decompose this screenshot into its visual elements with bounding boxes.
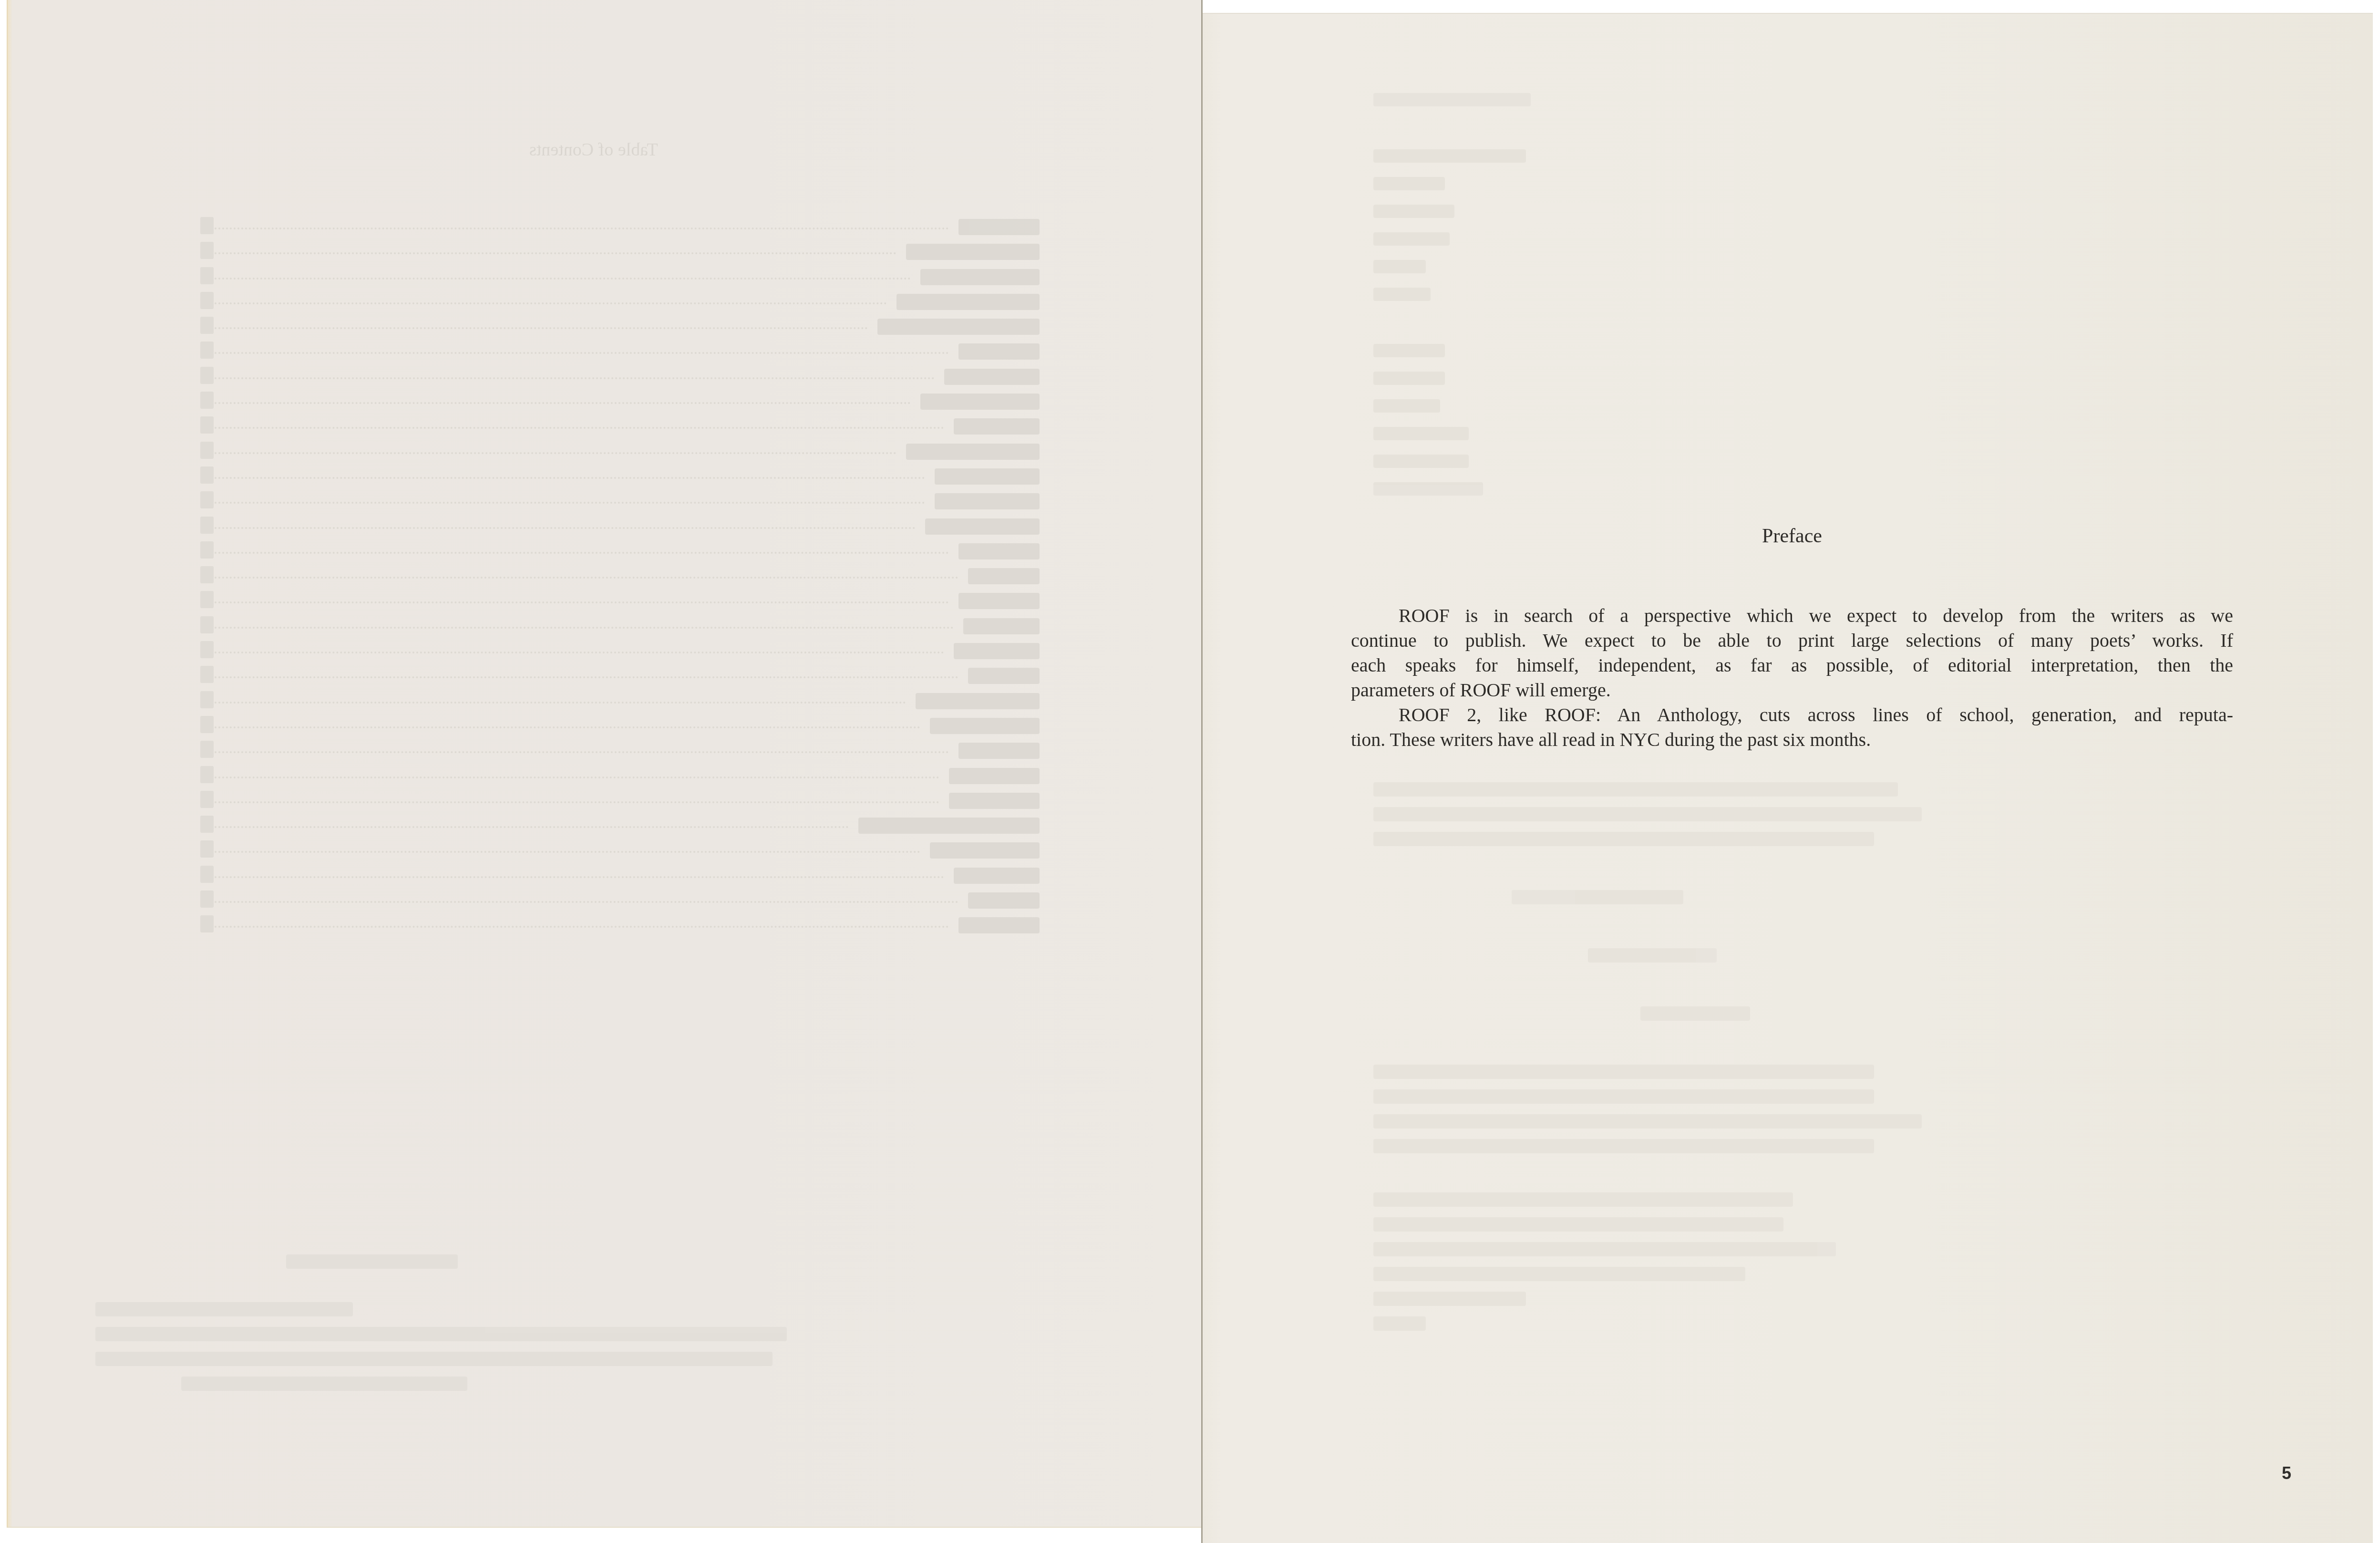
bleed-toc-row — [200, 267, 1040, 292]
preface-body: ROOF is in search of a perspective which… — [1351, 603, 2233, 752]
bleed-toc-leader-dots — [215, 502, 925, 504]
bleed-toc-row — [200, 217, 1040, 242]
bleed-toc-page-number — [200, 541, 214, 559]
bleed-toc-entry-name — [963, 618, 1040, 634]
bleed-toc-entry-name — [958, 343, 1040, 360]
bleed-toc-leader-dots — [215, 627, 954, 629]
bleed-toc-entry-name — [958, 593, 1040, 609]
bleed-toc-row — [200, 891, 1040, 915]
bleed-toc-row — [200, 416, 1040, 441]
bleed-toc-row — [200, 666, 1040, 691]
bleed-toc-leader-dots — [215, 826, 849, 828]
bleed-toc-leader-dots — [215, 452, 896, 454]
preface-paragraph-2: ROOF 2, like ROOF: An Anthology, cuts ac… — [1351, 703, 2233, 752]
bleed-line — [95, 1352, 773, 1366]
bleed-toc-page-number — [200, 641, 214, 658]
bleed-toc-row — [200, 517, 1040, 541]
bleed-toc-row — [200, 342, 1040, 366]
bleed-toc-leader-dots — [215, 676, 958, 678]
bleed-toc-leader-dots — [215, 228, 949, 229]
bleed-toc-entry-name — [935, 493, 1040, 509]
bleed-toc-entry-name — [954, 418, 1040, 435]
bleed-toc-row — [200, 242, 1040, 267]
bleed-toc-page-number — [200, 367, 214, 384]
bleed-toc-page-number — [200, 766, 214, 783]
bleed-toc-page-number — [200, 466, 214, 484]
bleed-toc-entry-name — [958, 219, 1040, 235]
text-line: continue to publish. We expect to be abl… — [1351, 628, 2233, 653]
bleed-toc-leader-dots — [215, 751, 949, 753]
bleed-toc-row — [200, 616, 1040, 641]
bleed-toc-entry-name — [906, 444, 1040, 460]
bleed-toc-page-number — [200, 342, 214, 359]
bleed-toc-row — [200, 741, 1040, 766]
bleed-toc-entry-name — [920, 394, 1040, 410]
bleed-toc-leader-dots — [215, 327, 868, 329]
bleed-toc-leader-dots — [215, 652, 944, 653]
bleed-toc-leader-dots — [215, 352, 949, 354]
bleed-toc-page-number — [200, 840, 214, 858]
bleed-toc-entry-name — [930, 842, 1040, 859]
bleed-toc-page-number — [200, 292, 214, 309]
text-line: each speaks for himself, independent, as… — [1351, 653, 2233, 678]
bleed-toc-leader-dots — [215, 801, 939, 803]
bleed-toc-leader-dots — [215, 552, 949, 554]
bleed-toc-row — [200, 866, 1040, 891]
text-line: parameters of ROOF will emerge. — [1351, 678, 2233, 703]
bleed-toc-entry-name — [858, 818, 1040, 834]
bleed-toc-row — [200, 816, 1040, 840]
bleed-toc-leader-dots — [215, 427, 944, 429]
bleed-toc-row — [200, 691, 1040, 716]
bleed-line — [181, 1377, 467, 1391]
bleed-toc-page-number — [200, 317, 214, 334]
bleed-toc-entry-name — [968, 892, 1040, 909]
bleed-toc-leader-dots — [215, 777, 939, 778]
bleed-toc-row — [200, 466, 1040, 491]
bleed-toc-leader-dots — [215, 527, 916, 529]
bleed-toc-entry-name — [906, 244, 1040, 260]
bleed-toc-row — [200, 716, 1040, 741]
bleed-toc-page-number — [200, 491, 214, 508]
bleed-toc-row — [200, 915, 1040, 940]
bleed-toc-leader-dots — [215, 726, 920, 728]
bleed-toc-page-number — [200, 267, 214, 284]
bleed-toc-page-number — [200, 891, 214, 908]
bleed-toc-page-number — [200, 791, 214, 808]
page-number: 5 — [2282, 1463, 2291, 1483]
bleed-toc-entry-name — [930, 718, 1040, 734]
bleed-toc-page-number — [200, 517, 214, 534]
bleed-toc-row — [200, 317, 1040, 342]
bleed-toc-row — [200, 392, 1040, 416]
bleed-toc-page-number — [200, 691, 214, 708]
bleed-toc-leader-dots — [215, 477, 925, 479]
bleed-toc-leader-dots — [215, 402, 911, 404]
bleed-toc-entry-name — [935, 468, 1040, 485]
bleed-toc-entry-name — [954, 868, 1040, 884]
bleed-toc-entry-name — [958, 917, 1040, 933]
bleed-toc-entry-name — [925, 518, 1040, 535]
bleed-toc-page-number — [200, 741, 214, 758]
bleed-toc-entry-name — [958, 543, 1040, 559]
preface-paragraph-1: ROOF is in search of a perspective which… — [1351, 603, 2233, 703]
bleed-toc-page-number — [200, 666, 214, 683]
bleed-toc-page-number — [200, 616, 214, 633]
bleed-toc-entry-name — [944, 369, 1040, 385]
bleed-toc-row — [200, 566, 1040, 591]
bleed-toc-leader-dots — [215, 278, 911, 280]
bleed-line — [95, 1302, 353, 1316]
bleed-toc-row — [200, 491, 1040, 516]
bleed-through-toc-list — [200, 217, 1040, 941]
bleed-line — [286, 1254, 458, 1269]
bleed-toc-page-number — [200, 566, 214, 583]
bleed-toc-entry-name — [954, 643, 1040, 659]
bleed-toc-page-number — [200, 816, 214, 833]
bleed-toc-leader-dots — [215, 252, 896, 254]
bleed-toc-leader-dots — [215, 901, 958, 903]
book-spread: Table of Contents — [0, 0, 2380, 1543]
bleed-line — [95, 1327, 787, 1341]
bleed-toc-page-number — [200, 242, 214, 259]
bleed-through-footnote — [95, 1254, 811, 1401]
bleed-toc-page-number — [200, 392, 214, 409]
bleed-toc-leader-dots — [215, 577, 958, 579]
bleed-toc-leader-dots — [215, 702, 906, 704]
text-line: tion. These writers have all read in NYC… — [1351, 727, 2233, 752]
bleed-toc-leader-dots — [215, 851, 920, 853]
bleed-toc-row — [200, 791, 1040, 816]
bleed-through-toc-title: Table of Contents — [529, 139, 658, 160]
bleed-toc-row — [200, 641, 1040, 666]
bleed-toc-row — [200, 292, 1040, 317]
bleed-toc-row — [200, 591, 1040, 616]
bleed-toc-page-number — [200, 866, 214, 883]
bleed-toc-row — [200, 766, 1040, 791]
text-line: ROOF 2, like ROOF: An Anthology, cuts ac… — [1351, 703, 2233, 727]
bleed-toc-leader-dots — [215, 601, 949, 603]
bleed-toc-page-number — [200, 591, 214, 608]
bleed-toc-page-number — [200, 217, 214, 234]
bleed-toc-row — [200, 840, 1040, 865]
bleed-toc-page-number — [200, 716, 214, 733]
bleed-toc-leader-dots — [215, 876, 944, 878]
bleed-toc-entry-name — [877, 319, 1040, 335]
text-line: ROOF is in search of a perspective which… — [1351, 603, 2233, 628]
bleed-toc-entry-name — [968, 568, 1040, 584]
bleed-toc-entry-name — [958, 743, 1040, 759]
bleed-toc-entry-name — [920, 269, 1040, 285]
bleed-toc-entry-name — [949, 793, 1040, 809]
bleed-toc-row — [200, 367, 1040, 392]
bleed-through-next-page-lower — [1373, 782, 1993, 1341]
bleed-toc-entry-name — [896, 294, 1040, 310]
bleed-toc-leader-dots — [215, 926, 949, 928]
bleed-toc-entry-name — [968, 668, 1040, 684]
bleed-through-next-page — [1373, 93, 1993, 510]
bleed-toc-page-number — [200, 442, 214, 459]
bleed-toc-leader-dots — [215, 302, 887, 304]
bleed-toc-row — [200, 541, 1040, 566]
bleed-toc-page-number — [200, 416, 214, 434]
bleed-toc-entry-name — [916, 693, 1040, 709]
bleed-toc-entry-name — [949, 768, 1040, 784]
bleed-toc-leader-dots — [215, 377, 935, 379]
bleed-toc-page-number — [200, 915, 214, 932]
preface-title: Preface — [1351, 524, 2233, 549]
bleed-toc-row — [200, 442, 1040, 466]
